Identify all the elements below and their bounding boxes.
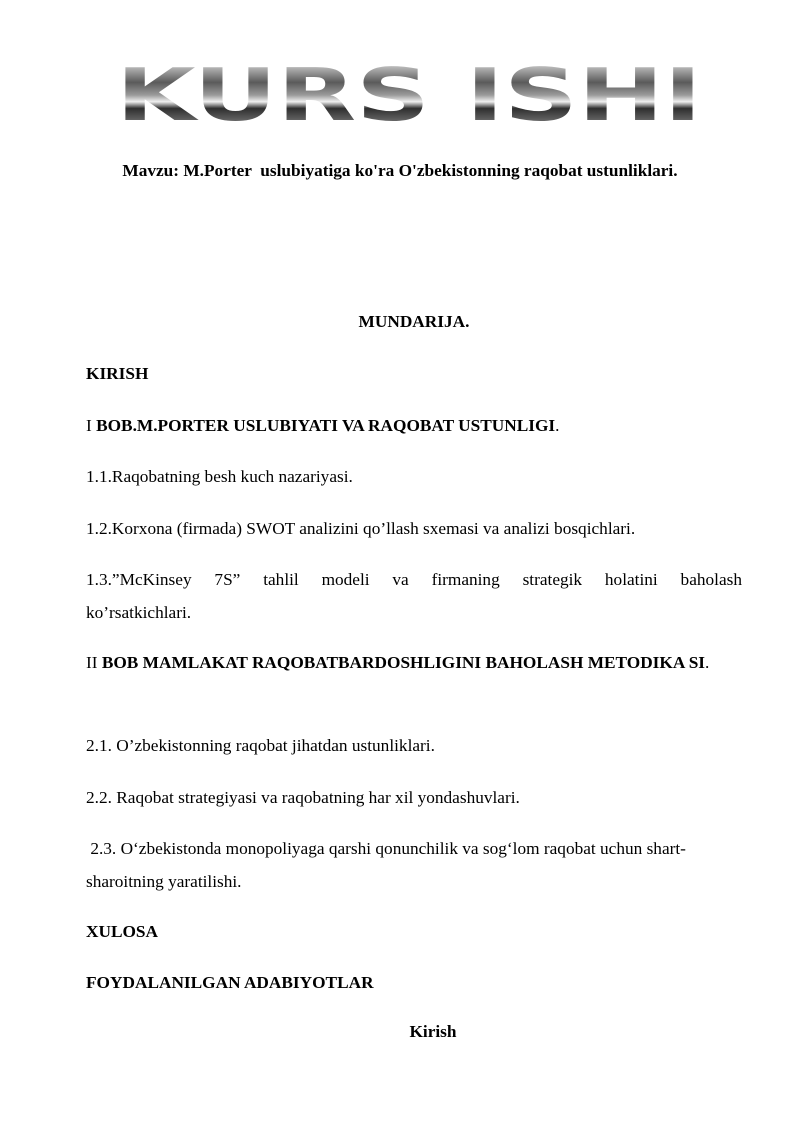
chapter-1-title: BOB.M.PORTER USLUBIYATI VA RAQOBAT USTUN… (96, 416, 555, 435)
toc-title: MUNDARIJA. (0, 312, 800, 332)
toc-section-1-1: 1.1.Raqobatning besh kuch nazariyasi. (86, 460, 742, 493)
chapter-2-prefix: II (86, 653, 102, 672)
toc-item-conclusion: XULOSA (86, 915, 742, 948)
chapter-1-suffix: . (555, 416, 559, 435)
toc-item-intro: KIRISH (86, 357, 742, 390)
chapter-2-title: BOB MAMLAKAT RAQOBATBARDOSHLIGINI BAHOLA… (102, 653, 705, 672)
toc-item-references: FOYDALANILGAN ADABIYOTLAR (86, 966, 742, 999)
chapter-1-prefix: I (86, 416, 96, 435)
chapter-2-suffix: . (705, 653, 709, 672)
toc-section-2-3: 2.3. O‘zbekistonda monopoliyaga qarshi q… (86, 832, 742, 898)
wordart-title-graphic: KURS ISHI (112, 58, 706, 130)
toc-section-2-1: 2.1. O’zbekistonning raqobat jihatdan us… (86, 729, 742, 762)
toc-section-2-2: 2.2. Raqobat strategiyasi va raqobatning… (86, 781, 742, 814)
document-page: KURS ISHI Mavzu: M.Porter uslubiyatiga k… (0, 0, 800, 1131)
toc-chapter-1: I BOB.M.PORTER USLUBIYATI VA RAQOBAT UST… (86, 409, 742, 442)
section-heading-kirish: Kirish (0, 1022, 800, 1042)
wordart-title: KURS ISHI (112, 58, 706, 130)
subject-line: Mavzu: M.Porter uslubiyatiga ko'ra O'zbe… (0, 161, 800, 181)
toc-section-1-2: 1.2.Korxona (firmada) SWOT analizini qo’… (86, 512, 742, 545)
toc-chapter-2: II BOB MAMLAKAT RAQOBATBARDOSHLIGINI BAH… (86, 646, 742, 679)
wordart-text: KURS ISHI (116, 58, 702, 130)
toc-section-1-3: 1.3.”McKinsey 7S” tahlil modeli va firma… (86, 563, 742, 629)
